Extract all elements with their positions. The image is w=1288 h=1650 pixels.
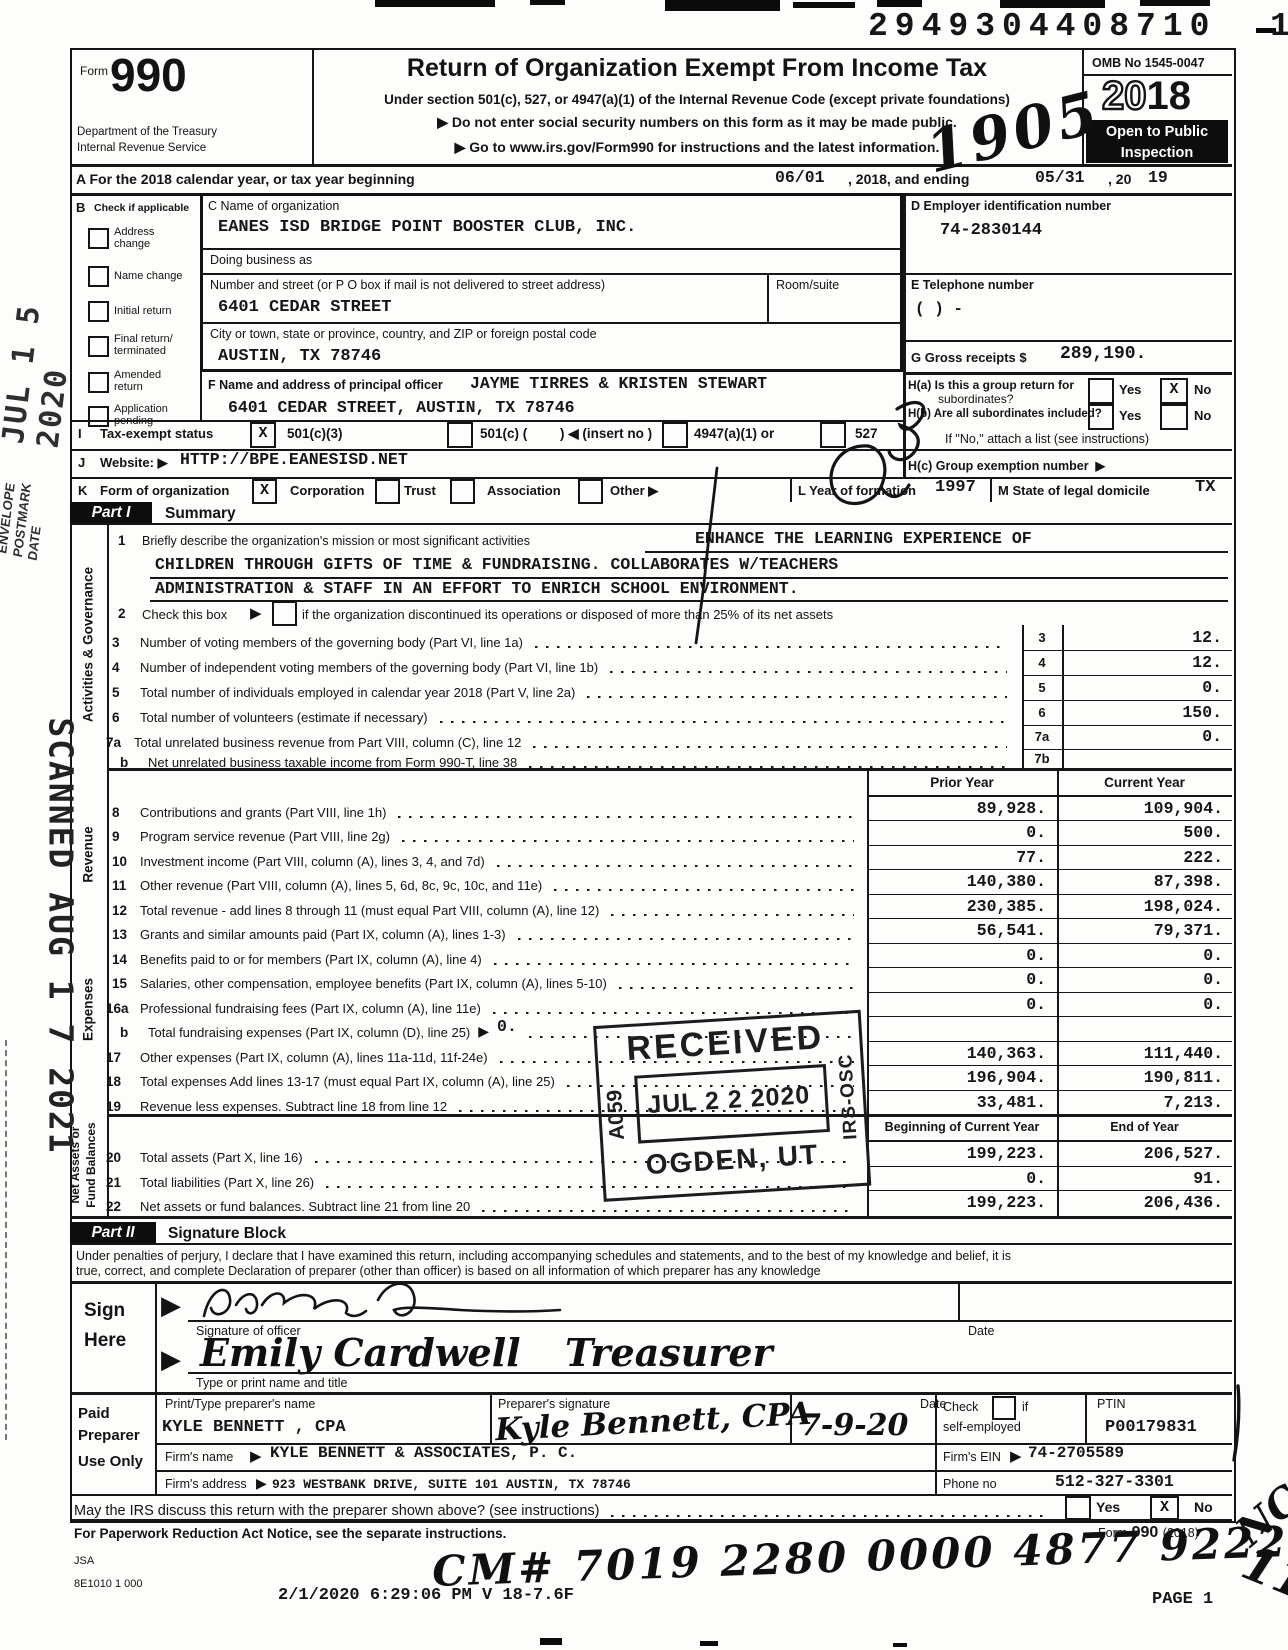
firm-ein-label: Firm's EIN — [943, 1450, 1001, 1464]
row-label: Total number of volunteers (estimate if … — [140, 710, 428, 725]
label-other: Other ▶ — [610, 483, 658, 499]
firm-address-label: Firm's address — [165, 1477, 247, 1491]
dotted-leader — [482, 1199, 854, 1212]
row-label: Benefits paid to or for members (Part IX… — [140, 952, 482, 967]
dept-line1: Department of the Treasury — [77, 126, 217, 138]
gov-box-3: 3 — [1022, 630, 1062, 645]
row-num: 4 — [112, 660, 140, 675]
row-num: 20 — [106, 1150, 140, 1165]
scanned-stamp: SCANNED AUG 1 7 2021 — [39, 699, 81, 1174]
row-num: 5 — [112, 685, 140, 700]
row-num: 6 — [112, 710, 140, 725]
checkbox-corporation[interactable]: X — [252, 479, 277, 504]
l-year-label: L Year of formation — [798, 483, 916, 498]
line2-text-a: Check this box — [142, 607, 227, 622]
phone-value[interactable]: 512-327-3301 — [1055, 1472, 1174, 1491]
dotted-leader — [610, 660, 1007, 673]
row-label: Total fundraising expenses (Part IX, col… — [148, 1025, 470, 1040]
scan-artifact — [793, 2, 855, 8]
curr-16a[interactable]: 0. — [1062, 995, 1223, 1014]
row-label: Salaries, other compensation, employee b… — [140, 976, 607, 991]
curr-19[interactable]: 7,213. — [1062, 1093, 1223, 1112]
city-label: City or town, state or province, country… — [210, 327, 597, 341]
year-formed-value[interactable]: 1997 — [935, 478, 976, 497]
begin-22[interactable]: 199,223. — [872, 1193, 1046, 1212]
city-value[interactable]: AUSTIN, TX 78746 — [218, 347, 381, 366]
line1-num: 1 — [118, 533, 126, 548]
label-name-change: Name change — [114, 270, 183, 282]
domicile-value[interactable]: TX — [1195, 478, 1215, 497]
h-note: If "No," attach a list (see instructions… — [945, 432, 1149, 446]
row-num: 18 — [106, 1074, 140, 1089]
d-ein-label: D Employer identification number — [911, 199, 1111, 213]
dotted-leader — [533, 735, 1007, 748]
row-num: 3 — [112, 635, 140, 650]
sign-label: Sign — [84, 1300, 125, 1322]
jsa-code: 8E1010 1 000 — [74, 1578, 143, 1590]
checkbox-discuss-yes[interactable] — [1065, 1496, 1091, 1520]
use-only-label: Use Only — [78, 1453, 143, 1470]
curr-15[interactable]: 0. — [1062, 970, 1223, 989]
curr-13[interactable]: 79,371. — [1062, 921, 1223, 940]
row-num: 8 — [112, 805, 140, 820]
col-header-prior-year: Prior Year — [867, 775, 1057, 790]
tax-year-end[interactable]: 05/31 — [1035, 168, 1085, 187]
row-label: Grants and similar amounts paid (Part IX… — [140, 927, 506, 942]
side-label-governance: Activities & Governance — [81, 520, 96, 770]
hb-no-label: No — [1194, 408, 1211, 423]
form-word: Form — [80, 64, 108, 78]
part1-title: Summary — [165, 505, 236, 523]
dotted-leader — [554, 878, 854, 891]
row-num: 21 — [106, 1175, 140, 1190]
checkbox-trust[interactable] — [375, 479, 400, 504]
scan-artifact — [893, 1643, 907, 1647]
dotted-leader — [497, 854, 854, 867]
curr-8[interactable]: 109,904. — [1062, 799, 1223, 818]
curr-14[interactable]: 0. — [1062, 946, 1223, 965]
officer-address-value[interactable]: 6401 CEDAR STREET, AUSTIN, TX 78746 — [228, 398, 575, 417]
dotted-leader — [529, 755, 1007, 768]
ha-label: H(a) Is this a group return for — [908, 378, 1074, 392]
checkbox-association[interactable] — [450, 479, 475, 504]
checkbox-application-pending[interactable] — [88, 406, 109, 427]
phone-blank[interactable]: ( ) - — [915, 300, 963, 318]
g-gross-label: G Gross receipts $ — [911, 350, 1027, 365]
mission-line3[interactable]: ADMINISTRATION & STAFF IN AN EFFORT TO E… — [155, 579, 799, 598]
row-num: 9 — [112, 829, 140, 844]
checkbox-final-return[interactable] — [88, 336, 109, 357]
curr-10[interactable]: 222. — [1062, 848, 1223, 867]
label-initial-return: Initial return — [114, 305, 171, 317]
prior-19[interactable]: 33,481. — [872, 1093, 1046, 1112]
prep-name-header: Print/Type preparer's name — [165, 1397, 315, 1411]
row-num: 14 — [112, 952, 140, 967]
k-label: K — [78, 483, 87, 498]
part2-tag: Part II — [70, 1222, 156, 1243]
prior-11[interactable]: 140,380. — [872, 872, 1046, 891]
label-application-pending: Applicationpending — [114, 403, 168, 427]
side-label-expenses: Expenses — [81, 950, 96, 1070]
street-label: Number and street (or P O box if mail is… — [210, 278, 605, 292]
checkbox-ha-no[interactable]: X — [1160, 378, 1188, 404]
row-label: Total assets (Part X, line 16) — [140, 1150, 303, 1165]
label-501c: 501(c) ( — [480, 426, 527, 441]
row-num: 12 — [112, 903, 140, 918]
gov-value-3[interactable]: 12. — [1066, 628, 1222, 647]
paperwork-notice: For Paperwork Reduction Act Notice, see … — [74, 1526, 506, 1541]
row-label: Number of independent voting members of … — [140, 660, 598, 675]
scan-artifact — [540, 1638, 562, 1645]
firm-ein-value[interactable]: 74-2705589 — [1028, 1444, 1124, 1462]
dotted-leader — [398, 805, 854, 818]
checkbox-amended-return[interactable] — [88, 372, 109, 393]
checkbox-name-change[interactable] — [88, 266, 109, 287]
hb-label: H(b) Are all subordinates included? — [908, 408, 1102, 420]
prior-9[interactable]: 0. — [872, 823, 1046, 842]
gov-box-7b: 7b — [1022, 751, 1062, 766]
col-header-end-of-year: End of Year — [1057, 1120, 1232, 1134]
row-label: Net assets or fund balances. Subtract li… — [140, 1199, 470, 1214]
dotted-leader — [494, 952, 854, 965]
hc-label: H(c) Group exemption number ▶ — [908, 458, 1105, 473]
discuss-yes-label: Yes — [1096, 1499, 1120, 1515]
gov-value-4[interactable]: 12. — [1066, 653, 1222, 672]
row-num: 7a — [106, 735, 134, 750]
prior-15[interactable]: 0. — [872, 970, 1046, 989]
row-label: Professional fundraising fees (Part IX, … — [140, 1001, 481, 1016]
self-employed-label: self-employed — [943, 1420, 1021, 1434]
row-label: Total expenses Add lines 13-17 (must equ… — [140, 1074, 555, 1089]
begin-20[interactable]: 199,223. — [872, 1144, 1046, 1163]
dotted-leader — [611, 1504, 1049, 1517]
prior-16a[interactable]: 0. — [872, 995, 1046, 1014]
firm-address-value[interactable]: 923 WESTBANK DRIVE, SUITE 101 AUSTIN, TX… — [272, 1477, 631, 1492]
line2-text-b: if the organization discontinued its ope… — [302, 607, 833, 622]
checkbox-hb-yes[interactable] — [1088, 404, 1114, 430]
cm-number-script: CM# 7019 2280 0000 4877 9222 — [431, 1517, 1288, 1596]
line16b-arrow-icon: ▶ — [478, 1023, 489, 1040]
label-501c-close: ) ◀ (insert no ) — [560, 426, 652, 442]
firm-name-arrow-icon: ▶ — [250, 1447, 262, 1465]
officer-printed-title[interactable]: Treasurer — [565, 1330, 773, 1375]
label-527: 527 — [855, 426, 878, 441]
discuss-no-label: No — [1194, 1499, 1213, 1515]
label-trust: Trust — [404, 483, 436, 498]
ha-no-label: No — [1194, 382, 1211, 397]
room-suite-label: Room/suite — [776, 278, 839, 292]
date-label: Date — [968, 1324, 994, 1338]
page-subtitle: Under section 501(c), 527, or 4947(a)(1)… — [314, 92, 1080, 107]
scan-artifact — [665, 0, 780, 11]
row-num: 22 — [106, 1199, 140, 1214]
here-arrow-icon: ▶ — [161, 1344, 181, 1375]
begin-21[interactable]: 0. — [872, 1169, 1046, 1188]
row-label: Number of voting members of the governin… — [140, 635, 523, 650]
c-name-label: C Name of organization — [208, 199, 339, 213]
omb-number: OMB No 1545-0047 — [1092, 56, 1205, 70]
firm-address-arrow-icon: ▶ — [256, 1475, 267, 1492]
officer-name-value[interactable]: JAYME TIRRES & KRISTEN STEWART — [470, 374, 767, 393]
checkbox-other[interactable] — [578, 479, 603, 504]
row-label: Total number of individuals employed in … — [140, 685, 575, 700]
firm-name-value[interactable]: KYLE BENNETT & ASSOCIATES, P. C. — [270, 1444, 577, 1462]
prior-18[interactable]: 196,904. — [872, 1068, 1046, 1087]
dba-label: Doing business as — [210, 253, 312, 267]
end-20[interactable]: 206,527. — [1062, 1144, 1223, 1163]
here-label: Here — [84, 1330, 126, 1352]
preparer-date-script[interactable]: 7-9-20 — [800, 1408, 908, 1443]
ptin-value[interactable]: P00179831 — [1105, 1418, 1197, 1437]
checkbox-501c[interactable] — [447, 422, 473, 448]
curr-11[interactable]: 87,398. — [1062, 872, 1223, 891]
checkbox-discontinued[interactable] — [272, 601, 297, 626]
scan-artifact — [1140, 0, 1210, 6]
side-label-revenue: Revenue — [81, 795, 96, 915]
gov-box-6: 6 — [1022, 705, 1062, 720]
discuss-question: May the IRS discuss this return with the… — [74, 1503, 599, 1519]
checkbox-discuss-no[interactable]: X — [1150, 1496, 1179, 1520]
perjury-line1: Under penalties of perjury, I declare th… — [76, 1249, 1011, 1263]
website-value[interactable]: HTTP://BPE.EANESISD.NET — [180, 450, 408, 469]
page-number: PAGE 1 — [1152, 1590, 1213, 1609]
prior-13[interactable]: 56,541. — [872, 921, 1046, 940]
dotted-leader — [518, 927, 854, 940]
line16b-value[interactable]: 0. — [497, 1017, 517, 1036]
curr-17[interactable]: 111,440. — [1062, 1044, 1223, 1063]
prior-12[interactable]: 230,385. — [872, 897, 1046, 916]
row-num: 17 — [106, 1050, 140, 1065]
prior-10[interactable]: 77. — [872, 848, 1046, 867]
dotted-leader — [535, 635, 1007, 648]
gov-box-4: 4 — [1022, 655, 1062, 670]
firm-name-label: Firm's name — [165, 1450, 233, 1464]
tax-year-end-yy[interactable]: 19 — [1148, 168, 1168, 187]
k-label2: Form of organization — [100, 483, 229, 498]
end-22[interactable]: 206,436. — [1062, 1193, 1223, 1212]
ptin-header: PTIN — [1097, 1397, 1125, 1411]
dotted-leader — [587, 685, 1007, 698]
row-num: b — [120, 1025, 148, 1040]
prior-8[interactable]: 89,928. — [872, 799, 1046, 818]
received-stamp: RECEIVED JUL 2 2 2020 OGDEN, UT A059 IRS… — [593, 1010, 865, 1196]
other-arrow-icon: ▶ — [648, 483, 658, 498]
part2-title: Signature Block — [168, 1225, 286, 1243]
side-label-net-assets-2: Fund Balances — [84, 1110, 98, 1220]
dept-line2: Internal Revenue Service — [77, 142, 206, 154]
line-a-label: A For the 2018 calendar year, or tax yea… — [76, 171, 415, 187]
dotted-leader — [611, 903, 854, 916]
row-num: 19 — [106, 1099, 140, 1114]
row-num: 13 — [112, 927, 140, 942]
if-label: if — [1022, 1400, 1028, 1414]
row-num: 10 — [112, 854, 140, 869]
b-caption: Check if applicable — [94, 202, 189, 214]
tax-year: 2018 — [1102, 74, 1191, 119]
checkbox-self-employed[interactable] — [992, 1396, 1016, 1420]
i-label: I — [78, 426, 82, 441]
street-value[interactable]: 6401 CEDAR STREET — [218, 298, 391, 317]
row-label: Contributions and grants (Part VIII, lin… — [140, 805, 386, 820]
gov-value-6[interactable]: 150. — [1066, 703, 1222, 722]
dotted-leader — [493, 1001, 854, 1014]
label-association: Association — [487, 483, 561, 498]
curr-18[interactable]: 190,811. — [1062, 1068, 1223, 1087]
b-label: B — [76, 200, 85, 215]
label-4947: 4947(a)(1) or — [694, 426, 774, 441]
scan-artifact — [700, 1641, 718, 1646]
gov-value-7a[interactable]: 0. — [1066, 727, 1222, 746]
checkbox-hb-no[interactable] — [1160, 404, 1188, 430]
row-num: 15 — [112, 976, 140, 991]
row-label: Investment income (Part VIII, column (A)… — [140, 854, 485, 869]
dotted-leader — [402, 829, 854, 842]
curr-9[interactable]: 500. — [1062, 823, 1223, 842]
row-label: Total unrelated business revenue from Pa… — [134, 735, 521, 750]
prior-17[interactable]: 140,363. — [872, 1044, 1046, 1063]
checkbox-527[interactable] — [820, 422, 846, 448]
col-header-current-year: Current Year — [1057, 775, 1232, 790]
i-label2: Tax-exempt status — [100, 426, 213, 441]
col-header-beginning: Beginning of Current Year — [867, 1120, 1057, 1134]
ha-yes-label: Yes — [1119, 382, 1141, 397]
row-label: Other expenses (Part IX, column (A), lin… — [140, 1050, 488, 1065]
row-label: Other revenue (Part VIII, column (A), li… — [140, 878, 542, 893]
scan-artifact — [5, 1040, 7, 1440]
gov-value-5[interactable]: 0. — [1066, 678, 1222, 697]
label-501c3: 501(c)(3) — [287, 426, 343, 441]
officer-printed-name[interactable]: Emily Cardwell — [200, 1330, 521, 1375]
page-title: Return of Organization Exempt From Incom… — [314, 54, 1080, 83]
sign-arrow-icon: ▶ — [161, 1290, 181, 1321]
paid-label: Paid — [78, 1405, 110, 1422]
label-amended-return: Amendedreturn — [114, 369, 161, 393]
form-990-page: 2949304408710 1 Form 990 Department of t… — [0, 0, 1288, 1650]
tax-year-begin[interactable]: 06/01 — [775, 168, 825, 187]
hb-yes-label: Yes — [1119, 408, 1141, 423]
label-corporation: Corporation — [290, 483, 364, 498]
dln-barcode: 2949304408710 1 — [868, 8, 1288, 45]
firm-ein-arrow-icon: ▶ — [1010, 1447, 1022, 1465]
row-label: Total liabilities (Part X, line 26) — [140, 1175, 314, 1190]
checkbox-501c3[interactable]: X — [250, 422, 276, 448]
row-num: 16a — [106, 1001, 140, 1016]
preparer-label: Preparer — [78, 1427, 140, 1444]
prior-14[interactable]: 0. — [872, 946, 1046, 965]
curr-12[interactable]: 198,024. — [1062, 897, 1223, 916]
j-label2: Website: ▶ — [100, 455, 168, 471]
scan-artifact — [877, 0, 922, 7]
hc-arrow-icon: ▶ — [1096, 459, 1106, 473]
check-label: Check — [943, 1400, 978, 1414]
checkbox-initial-return[interactable] — [88, 301, 109, 322]
f-officer-label: F Name and address of principal officer — [208, 378, 443, 392]
line2-num: 2 — [118, 606, 126, 621]
gov-box-5: 5 — [1022, 680, 1062, 695]
line2-arrow-icon: ▶ — [250, 604, 262, 622]
row-label: Total revenue - add lines 8 through 11 (… — [140, 903, 599, 918]
scan-artifact — [530, 0, 565, 5]
row-label: Revenue less expenses. Subtract line 18 … — [140, 1099, 447, 1114]
phone-label: Phone no — [943, 1477, 997, 1491]
checkbox-4947[interactable] — [662, 422, 688, 448]
row-label: Program service revenue (Part VIII, line… — [140, 829, 390, 844]
org-name-value[interactable]: EANES ISD BRIDGE POINT BOOSTER CLUB, INC… — [218, 218, 636, 237]
dotted-leader — [619, 976, 854, 989]
gov-box-7a: 7a — [1022, 729, 1062, 744]
row-num: 11 — [112, 878, 140, 893]
scan-artifact — [375, 0, 495, 7]
gross-receipts-value[interactable]: 289,190. — [1060, 344, 1146, 364]
ein-value[interactable]: 74-2830144 — [940, 221, 1042, 240]
scan-artifact — [1000, 0, 1105, 8]
checkbox-ha-yes[interactable] — [1088, 378, 1114, 404]
line-a-mid2: , 20 — [1108, 171, 1131, 187]
line1-label: Briefly describe the organization's miss… — [142, 534, 530, 548]
m-domicile-label: M State of legal domicile — [998, 483, 1150, 498]
e-phone-label: E Telephone number — [911, 278, 1034, 292]
label-final-return: Final return/terminated — [114, 333, 173, 357]
type-print-label: Type or print name and title — [196, 1376, 347, 1390]
ha-label2: subordinates? — [938, 392, 1013, 406]
dotted-leader — [440, 710, 1007, 723]
form-number: 990 — [110, 48, 187, 102]
label-address-change: Addresschange — [114, 226, 154, 250]
website-arrow-icon: ▶ — [158, 455, 168, 470]
perjury-line2: true, correct, and complete Declaration … — [76, 1264, 821, 1278]
preparer-name-value[interactable]: KYLE BENNETT , CPA — [162, 1418, 346, 1437]
end-21[interactable]: 91. — [1062, 1169, 1223, 1188]
mission-line1[interactable]: ENHANCE THE LEARNING EXPERIENCE OF — [695, 529, 1032, 548]
jsa-label: JSA — [74, 1555, 94, 1567]
mission-line2[interactable]: CHILDREN THROUGH GIFTS OF TIME & FUNDRAI… — [155, 555, 838, 574]
j-label: J — [78, 455, 85, 470]
